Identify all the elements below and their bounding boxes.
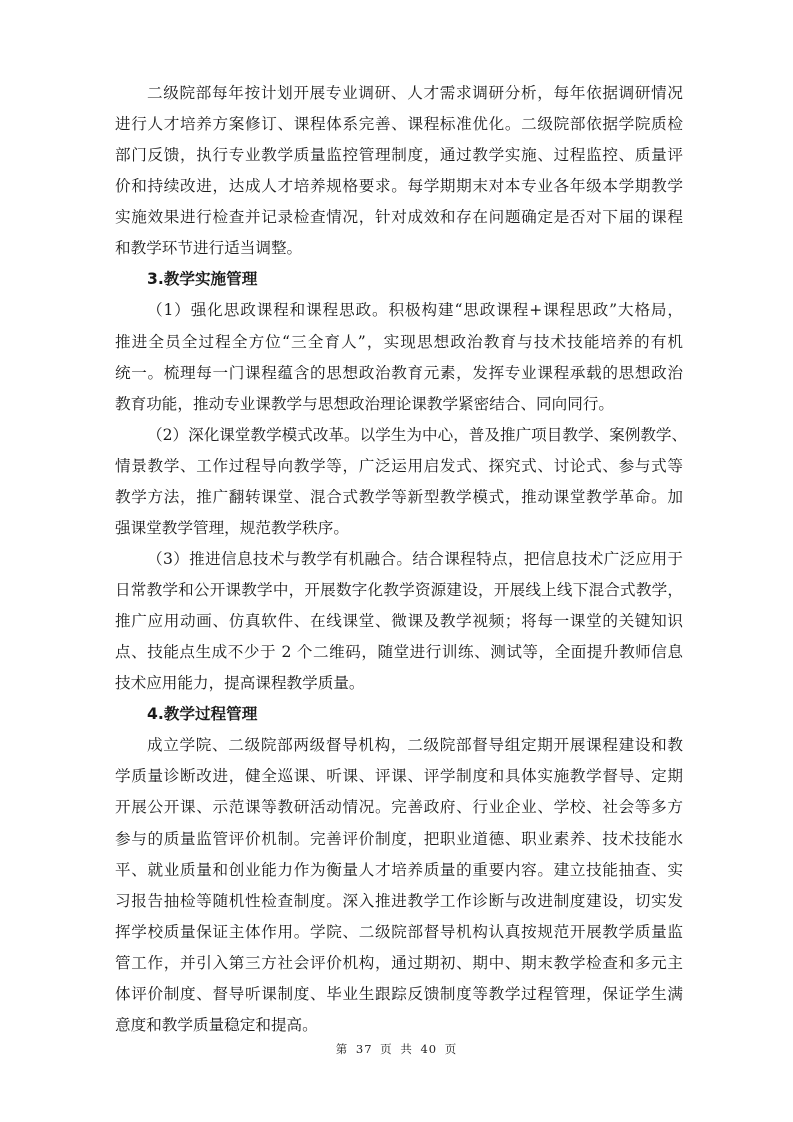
- paragraph-line: 参与的质量监管评价机制。完善评价制度，把职业道德、职业素养、技术技能水: [115, 824, 683, 855]
- section-heading-teaching-process: 4.教学过程管理: [115, 699, 683, 730]
- paragraph-line: 日常教学和公开课教学中，开展数字化教学资源建设，开展线上线下混合式教学，: [115, 575, 683, 606]
- paragraph-line: 挥学校质量保证主体作用。学院、二级院部督导机构认真按规范开展教学质量监: [115, 917, 683, 948]
- paragraph-line: 强课堂教学管理，规范教学秩序。: [115, 513, 683, 544]
- paragraph-line: 价和持续改进，达成人才培养规格要求。每学期期末对本专业各年级本学期教学: [115, 171, 683, 202]
- paragraph-line: 教育功能，推动专业课教学与思想政治理论课教学紧密结合、同向同行。: [115, 389, 683, 420]
- paragraph-line: 学质量诊断改进，健全巡课、听课、评课、评学制度和具体实施教学督导、定期: [115, 761, 683, 792]
- paragraph-line: 进行人才培养方案修订、课程体系完善、课程标准优化。二级院部依据学院质检: [115, 109, 683, 140]
- paragraph-line: 推进全员全过程全方位“三全育人”，实现思想政治教育与技术技能培养的有机: [115, 327, 683, 358]
- page-body: 二级院部每年按计划开展专业调研、人才需求调研分析，每年依据调研情况 进行人才培养…: [115, 78, 683, 1041]
- paragraph-line: 情景教学、工作过程导向教学等，广泛运用启发式、探究式、讨论式、参与式等: [115, 451, 683, 482]
- section-heading-teaching-implementation: 3.教学实施管理: [115, 264, 683, 295]
- paragraph-teaching-mode-reform: （2）深化课堂教学模式改革。以学生为中心，普及推广项目教学、案例教学、 情景教学…: [115, 420, 683, 544]
- paragraph-line: 二级院部每年按计划开展专业调研、人才需求调研分析，每年依据调研情况: [115, 78, 683, 109]
- paragraph-ideological-courses: （1）强化思政课程和课程思政。积极构建“思政课程+课程思政”大格局， 推进全员全…: [115, 295, 683, 419]
- paragraph-curriculum-revision: 二级院部每年按计划开展专业调研、人才需求调研分析，每年依据调研情况 进行人才培养…: [115, 78, 683, 264]
- paragraph-line: 实施效果进行检查并记录检查情况，针对成效和存在问题确定是否对下届的课程: [115, 202, 683, 233]
- paragraph-line: 教学方法，推广翻转课堂、混合式教学等新型教学模式，推动课堂教学革命。加: [115, 482, 683, 513]
- paragraph-line: 推广应用动画、仿真软件、在线课堂、微课及教学视频；将每一课堂的关键知识: [115, 606, 683, 637]
- paragraph-line: 开展公开课、示范课等教研活动情况。完善政府、行业企业、学校、社会等多方: [115, 792, 683, 823]
- paragraph-line: 技术应用能力，提高课程教学质量。: [115, 668, 683, 699]
- paragraph-line: 意度和教学质量稳定和提高。: [115, 1010, 683, 1041]
- paragraph-line: 点、技能点生成不少于 2 个二维码，随堂进行训练、测试等，全面提升教师信息: [115, 637, 683, 668]
- paragraph-line: 习报告抽检等随机性检查制度。深入推进教学工作诊断与改进制度建设，切实发: [115, 886, 683, 917]
- paragraph-line: 统一。梳理每一门课程蕴含的思想政治教育元素，发挥专业课程承载的思想政治: [115, 358, 683, 389]
- paragraph-supervision: 成立学院、二级院部两级督导机构，二级院部督导组定期开展课程建设和教 学质量诊断改…: [115, 730, 683, 1041]
- paragraph-line: （1）强化思政课程和课程思政。积极构建“思政课程+课程思政”大格局，: [115, 295, 683, 326]
- paragraph-line: 部门反馈，执行专业教学质量监控管理制度，通过教学实施、过程监控、质量评: [115, 140, 683, 171]
- paragraph-line: 体评价制度、督导听课制度、毕业生跟踪反馈制度等教学过程管理，保证学生满: [115, 979, 683, 1010]
- paragraph-line: 和教学环节进行适当调整。: [115, 233, 683, 264]
- paragraph-it-integration: （3）推进信息技术与教学有机融合。结合课程特点，把信息技术广泛应用于 日常教学和…: [115, 544, 683, 699]
- paragraph-line: （2）深化课堂教学模式改革。以学生为中心，普及推广项目教学、案例教学、: [115, 420, 683, 451]
- page-number-footer: 第 37 页 共 40 页: [0, 1041, 793, 1057]
- document-page: 二级院部每年按计划开展专业调研、人才需求调研分析，每年依据调研情况 进行人才培养…: [0, 0, 793, 1122]
- paragraph-line: 管工作，并引入第三方社会评价机构，通过期初、期中、期末教学检查和多元主: [115, 948, 683, 979]
- paragraph-line: 成立学院、二级院部两级督导机构，二级院部督导组定期开展课程建设和教: [115, 730, 683, 761]
- paragraph-line: 平、就业质量和创业能力作为衡量人才培养质量的重要内容。建立技能抽查、实: [115, 855, 683, 886]
- paragraph-line: （3）推进信息技术与教学有机融合。结合课程特点，把信息技术广泛应用于: [115, 544, 683, 575]
